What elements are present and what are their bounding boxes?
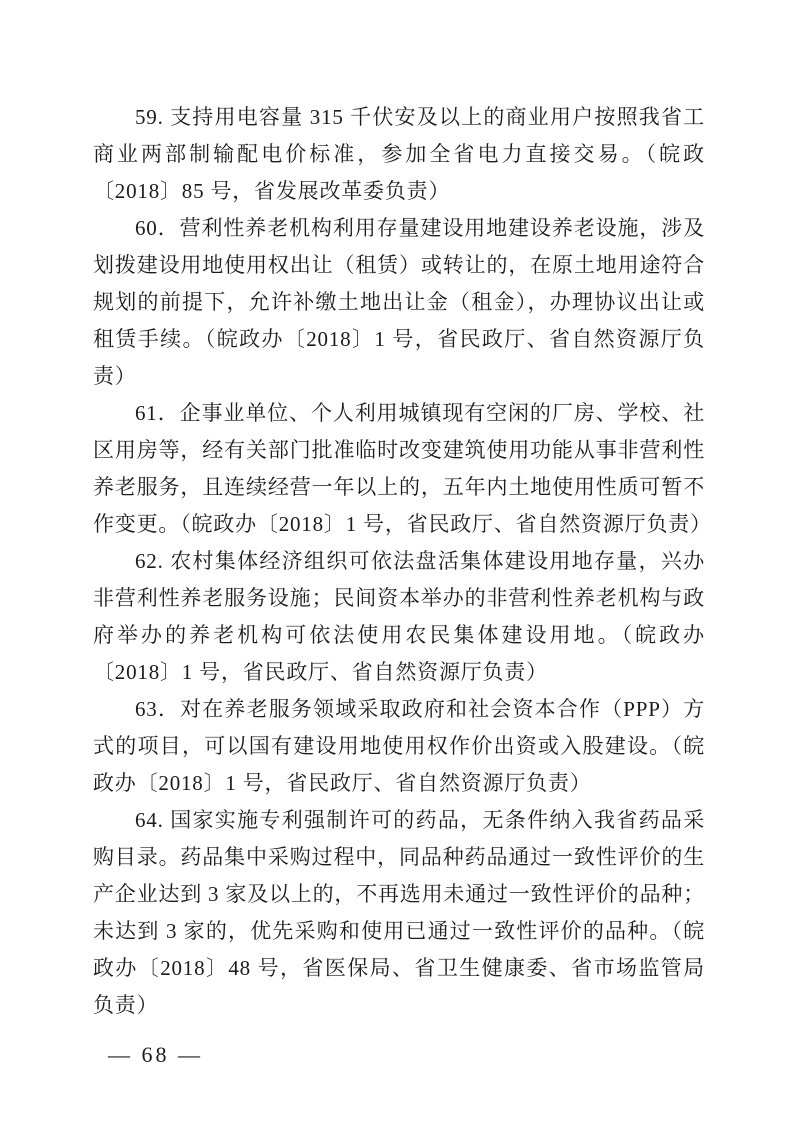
document-body: 59. 支持用电容量 315 千伏安及以上的商业用户按照我省工商业两部制输配电价… — [93, 99, 705, 1024]
paragraph-item-60: 60．营利性养老机构利用存量建设用地建设养老设施，涉及划拨建设用地使用权出让（租… — [93, 210, 705, 395]
paragraph-item-64: 64. 国家实施专利强制许可的药品，无条件纳入我省药品采购目录。药品集中采购过程… — [93, 802, 705, 1024]
page-number: — 68 — — [108, 1042, 203, 1068]
paragraph-item-62: 62. 农村集体经济组织可依法盘活集体建设用地存量，兴办非营利性养老服务设施；民… — [93, 543, 705, 691]
paragraph-item-59: 59. 支持用电容量 315 千伏安及以上的商业用户按照我省工商业两部制输配电价… — [93, 99, 705, 210]
document-page: 59. 支持用电容量 315 千伏安及以上的商业用户按照我省工商业两部制输配电价… — [0, 0, 793, 1122]
paragraph-item-63: 63．对在养老服务领域采取政府和社会资本合作（PPP）方式的项目，可以国有建设用… — [93, 691, 705, 802]
paragraph-item-61: 61．企事业单位、个人利用城镇现有空闲的厂房、学校、社区用房等，经有关部门批准临… — [93, 395, 705, 543]
